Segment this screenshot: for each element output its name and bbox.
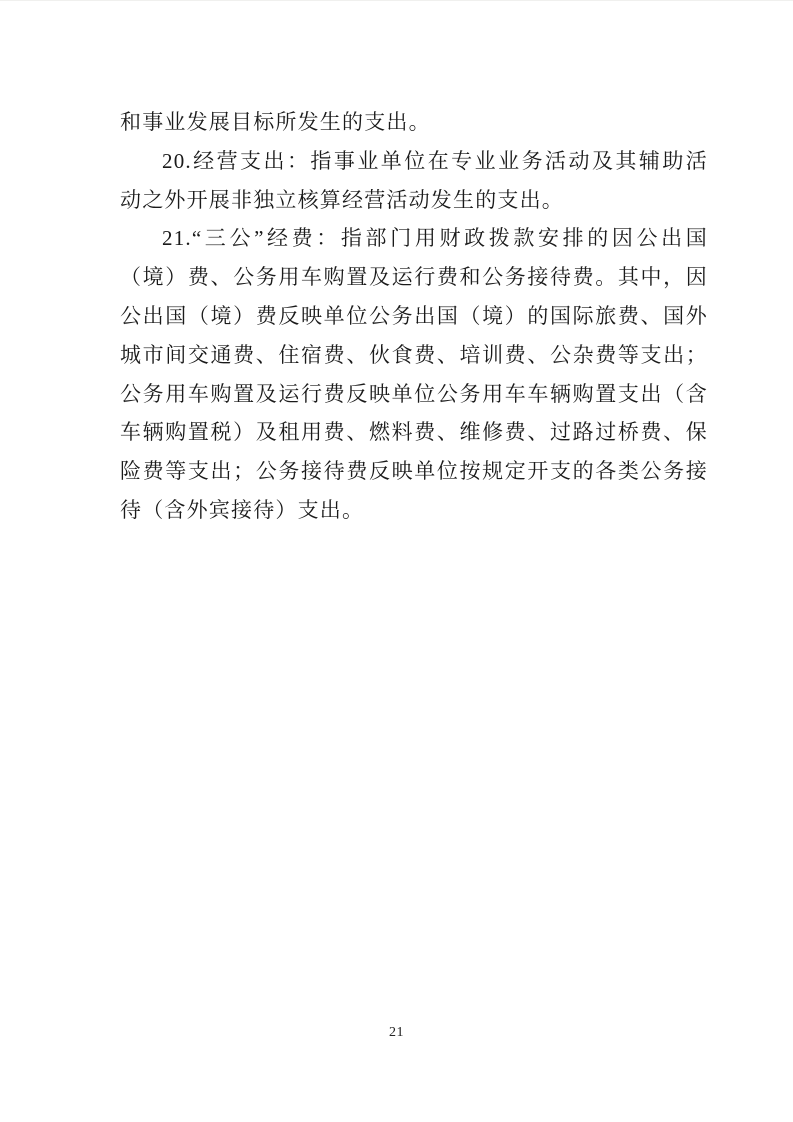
text-line: 20.经营支出：指事业单位在专业业务活动及其辅助活 (120, 142, 708, 181)
text-line: 公出国（境）费反映单位公务出国（境）的国际旅费、国外 (120, 297, 708, 336)
text-line: 险费等支出；公务接待费反映单位按规定开支的各类公务接 (120, 452, 708, 491)
document-body: 和事业发展目标所发生的支出。20.经营支出：指事业单位在专业业务活动及其辅助活动… (120, 103, 708, 530)
text-line: 城市间交通费、住宿费、伙食费、培训费、公杂费等支出； (120, 336, 708, 375)
text-line: （境）费、公务用车购置及运行费和公务接待费。其中，因 (120, 258, 708, 297)
text-line: 动之外开展非独立核算经营活动发生的支出。 (120, 181, 708, 220)
text-line: 和事业发展目标所发生的支出。 (120, 103, 708, 142)
text-line: 公务用车购置及运行费反映单位公务用车车辆购置支出（含 (120, 375, 708, 414)
page-number: 21 (0, 1025, 793, 1041)
text-line: 车辆购置税）及租用费、燃料费、维修费、过路过桥费、保 (120, 413, 708, 452)
text-line: 21.“三公”经费：指部门用财政拨款安排的因公出国 (120, 219, 708, 258)
document-page: 和事业发展目标所发生的支出。20.经营支出：指事业单位在专业业务活动及其辅助活动… (0, 0, 793, 1122)
text-line: 待（含外宾接待）支出。 (120, 491, 708, 530)
